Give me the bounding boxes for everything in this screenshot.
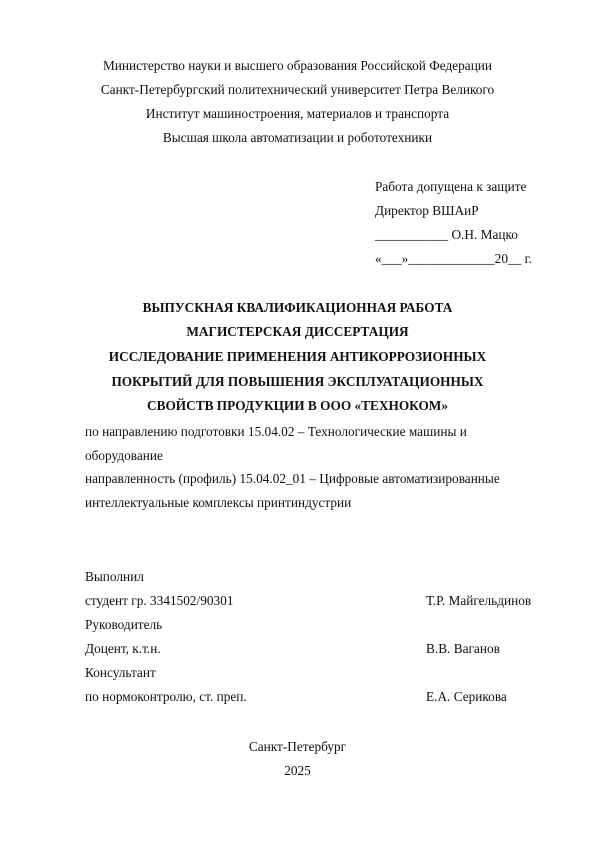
degree-title: МАГИСТЕРСКАЯ ДИССЕРТАЦИЯ [0,320,595,344]
consultant-label: Консультант [85,665,156,681]
year: 2025 [0,763,595,779]
thesis-title-line-3: СВОЙСТВ ПРОДУКЦИИ В ООО «ТЕХНОКОМ» [0,394,595,418]
supervisor-name: В.В. Ваганов [426,641,500,657]
approval-date: «___»_____________20__ г. [375,247,532,271]
approval-signature: ___________ О.Н. Мацко [375,223,518,247]
supervisor-title: Доцент, к.т.н. [85,641,161,657]
thesis-title-line-1: ИССЛЕДОВАНИЕ ПРИМЕНЕНИЯ АНТИКОРРОЗИОННЫХ [0,345,595,369]
thesis-title-line-2: ПОКРЫТИЙ ДЛЯ ПОВЫШЕНИЯ ЭКСПЛУАТАЦИОННЫХ [0,370,595,394]
profile-line-1: направленность (профиль) 15.04.02_01 – Ц… [85,467,500,490]
school-line: Высшая школа автоматизации и робототехни… [0,126,595,150]
institute-line: Институт машиностроения, материалов и тр… [0,102,595,126]
student-label: студент гр. 3341502/90301 [85,593,234,609]
approval-director: Директор ВШАиР [375,199,479,223]
direction-line-2: оборудование [85,444,163,467]
direction-line-1: по направлению подготовки 15.04.02 – Тех… [85,420,467,443]
student-name: Т.Р. Майгельдинов [426,593,531,609]
approval-admitted: Работа допущена к защите [375,175,526,199]
consultant-name: Е.А. Серикова [426,689,507,705]
city: Санкт-Петербург [0,739,595,755]
supervisor-label: Руководитель [85,617,162,633]
profile-line-2: интеллектуальные комплексы принтиндустри… [85,491,351,514]
ministry-line: Министерство науки и высшего образования… [0,54,595,78]
work-type-title: ВЫПУСКНАЯ КВАЛИФИКАЦИОННАЯ РАБОТА [0,296,595,320]
consultant-title: по нормоконтролю, ст. преп. [85,689,247,705]
performed-label: Выполнил [85,569,144,585]
university-line: Санкт-Петербургский политехнический унив… [0,78,595,102]
